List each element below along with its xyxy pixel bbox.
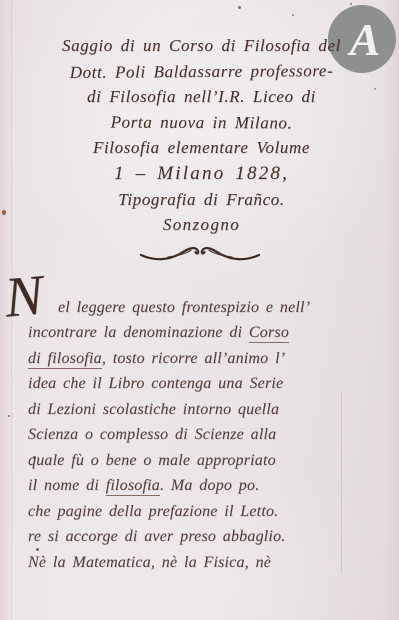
body-line: il nome di filosofia. Ma dopo po. [28, 473, 378, 498]
body-line: che pagine della prefazione il Letto. [28, 499, 378, 524]
title-line: Sonzogno [22, 212, 381, 238]
title-line: Tipografia di Frañco. [22, 187, 381, 213]
text-segment: di Lezioni scolastiche intorno quella [28, 401, 279, 418]
text-segment: re si accorge di aver preso abbaglio. [28, 528, 285, 545]
body-line: di filosofia, tosto ricorre all’animo l’ [28, 346, 378, 371]
underlined-text-segment: di filosofia [28, 350, 102, 369]
body-line: di Lezioni scolastiche intorno quella [28, 397, 378, 422]
text-segment: Nè la Matematica, nè la Fisica, nè [28, 554, 271, 571]
calligraphic-flourish-divider [138, 241, 262, 263]
title-line: 1 – Milano 1828, [22, 161, 381, 187]
text-segment: idea che il Libro contenga una Serie [28, 375, 283, 392]
body-line: quale fù o bene o male appropriato [28, 448, 378, 473]
title-line: di Filosofia nell’I.R. Liceo di [22, 84, 381, 110]
title-line: Dott. Poli Baldassarre professore- [22, 57, 381, 85]
title-line: Filosofia elementare Volume [22, 135, 381, 161]
text-segment: il nome di [28, 477, 106, 494]
body-line: el leggere questo frontespizio e nell’ [28, 295, 378, 320]
body-line: re si accorge di aver preso abbaglio. [28, 524, 378, 549]
text-segment: che pagine della prefazione il Letto. [28, 503, 278, 520]
title-line: Porta nuova in Milano. [22, 109, 381, 136]
foxing-spot [292, 14, 294, 16]
text-segment: , tosto ricorre all’animo l’ [102, 350, 285, 367]
underlined-text-segment: filosofia [106, 477, 160, 496]
text-segment: Scienza o complesso di Scienze alla [28, 426, 276, 443]
underlined-text-segment: Corso [249, 324, 289, 343]
body-line: Nè la Matematica, nè la Fisica, nè [28, 550, 378, 575]
text-segment: quale fù o bene o male appropriato [28, 452, 276, 469]
title-line: Saggio di un Corso di Filosofia del [22, 33, 381, 59]
foxing-spot [238, 6, 241, 9]
right-edge-shading [383, 0, 399, 620]
body-line: idea che il Libro contenga una Serie [28, 371, 378, 396]
text-segment: incontrare la denominazione di [28, 324, 249, 341]
body-line: incontrare la denominazione di Corso [28, 320, 378, 345]
body-line: Scienza o complesso di Scienze alla [28, 422, 378, 447]
text-segment: . Ma dopo po. [160, 477, 259, 494]
manuscript-page: A Saggio di un Corso di Filosofia del Do… [0, 0, 399, 620]
text-segment: el leggere questo frontespizio e nell’ [58, 299, 310, 316]
title-block: Saggio di un Corso di Filosofia del Dott… [22, 33, 381, 238]
body-text: el leggere questo frontespizio e nell’ i… [28, 295, 378, 575]
